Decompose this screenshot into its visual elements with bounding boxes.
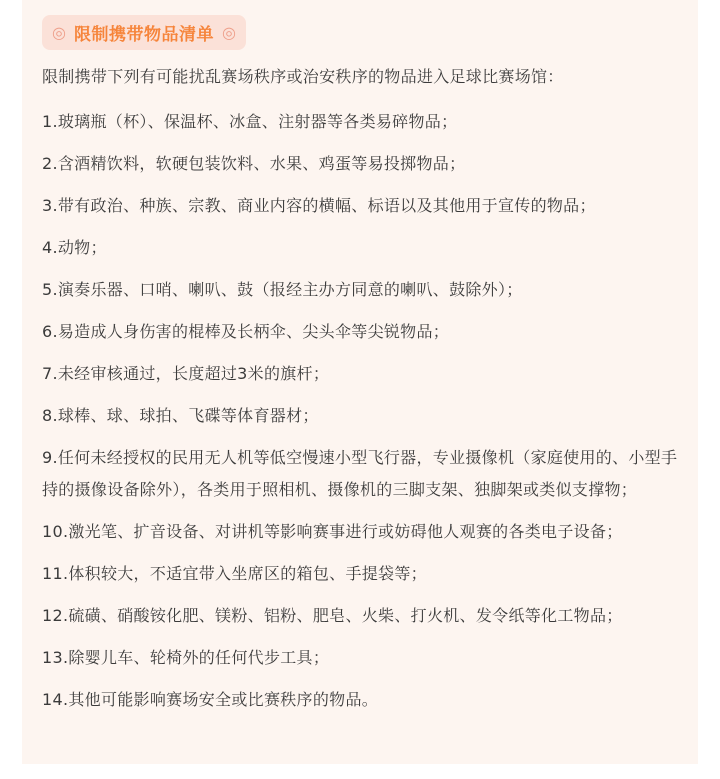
double-circle-icon: ◎: [222, 25, 236, 41]
double-circle-icon: ◎: [52, 25, 66, 41]
intro-text: 限制携带下列有可能扰乱赛场秩序或治安秩序的物品进入足球比赛场馆：: [42, 64, 564, 90]
section-title: 限制携带物品清单: [74, 20, 214, 45]
list-item: 3.带有政治、种族、宗教、商业内容的横幅、标语以及其他用于宣传的物品；: [42, 190, 688, 222]
list-item: 13.除婴儿车、轮椅外的任何代步工具；: [42, 642, 688, 674]
list-item: 11.体积较大，不适宜带入坐席区的箱包、手提袋等；: [42, 558, 688, 590]
list-item: 7.未经审核通过，长度超过3米的旗杆；: [42, 358, 688, 390]
section-title-badge: ◎ 限制携带物品清单 ◎: [42, 15, 246, 50]
list-item: 4.动物；: [42, 232, 688, 264]
list-item: 5.演奏乐器、口哨、喇叭、鼓（报经主办方同意的喇叭、鼓除外）；: [42, 274, 688, 306]
list-item: 1.玻璃瓶（杯）、保温杯、冰盒、注射器等各类易碎物品；: [42, 106, 688, 138]
restricted-items-panel: ◎ 限制携带物品清单 ◎ 限制携带下列有可能扰乱赛场秩序或治安秩序的物品进入足球…: [22, 0, 698, 764]
list-item: 14.其他可能影响赛场安全或比赛秩序的物品。: [42, 684, 688, 716]
list-item: 8.球棒、球、球拍、飞碟等体育器材；: [42, 400, 688, 432]
restricted-items-list: 1.玻璃瓶（杯）、保温杯、冰盒、注射器等各类易碎物品； 2.含酒精饮料，软硬包装…: [42, 106, 688, 726]
list-item: 10.激光笔、扩音设备、对讲机等影响赛事进行或妨碍他人观赛的各类电子设备；: [42, 516, 688, 548]
list-item: 9.任何未经授权的民用无人机等低空慢速小型飞行器，专业摄像机（家庭使用的、小型手…: [42, 442, 688, 506]
list-item: 2.含酒精饮料，软硬包装饮料、水果、鸡蛋等易投掷物品；: [42, 148, 688, 180]
list-item: 6.易造成人身伤害的棍棒及长柄伞、尖头伞等尖锐物品；: [42, 316, 688, 348]
list-item: 12.硫磺、硝酸铵化肥、镁粉、铝粉、肥皂、火柴、打火机、发令纸等化工物品；: [42, 600, 688, 632]
